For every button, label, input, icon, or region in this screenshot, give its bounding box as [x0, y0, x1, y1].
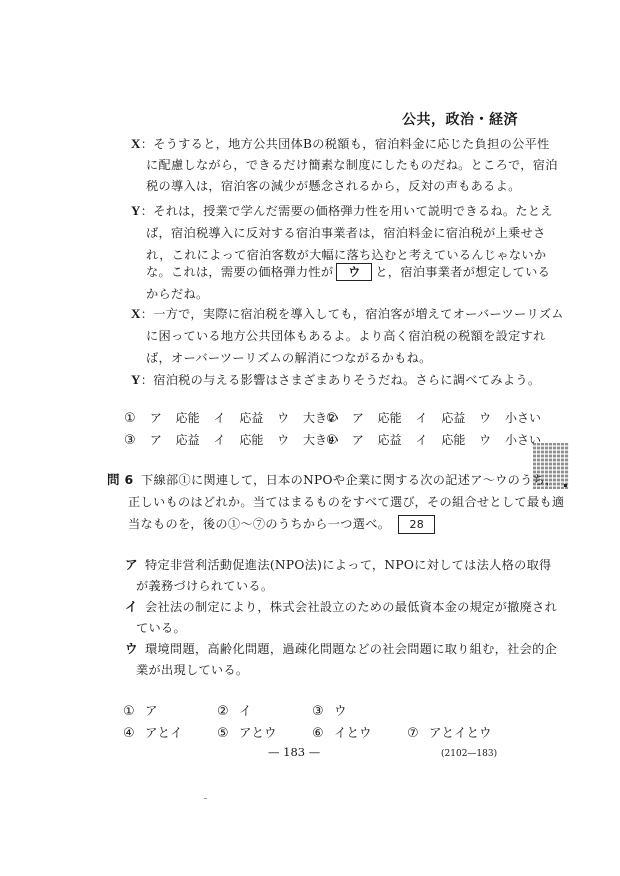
- dialogue-line: 一方で，実際に宿泊税を導入しても，宿泊客が増えてオーバーツーリズム: [153, 307, 564, 321]
- side-index-dot: [564, 484, 567, 487]
- value-a: 応能: [176, 409, 210, 426]
- choice-text: ウ: [334, 703, 347, 718]
- option-row: ④ ア 応益 イ 応能 ウ 小さい: [326, 431, 547, 448]
- dialogue-line: な。これは，需要の価格弾力性が: [146, 265, 333, 279]
- label-i: イ: [415, 431, 437, 448]
- option-row: ① ア 応能 イ 応益 ウ 大きい: [124, 409, 345, 426]
- speaker-colon: ：: [141, 373, 154, 387]
- value-a: 応益: [378, 431, 412, 448]
- exam-code: (2102—183): [441, 749, 497, 759]
- statement-marker: イ: [125, 599, 145, 615]
- dialogue-line: に配慮しながら，できるだけ簡素な制度にしたものだね。ところで，宿泊: [146, 157, 558, 173]
- label-i: イ: [213, 431, 235, 448]
- choice-number: ④: [123, 726, 145, 741]
- dialogue-line: れ，これによって宿泊客数が大幅に落ち込むと考えているんじゃないか: [146, 247, 546, 263]
- label-a: ア: [352, 409, 374, 426]
- scan-speck: [204, 798, 207, 799]
- choice-text: アとイとウ: [429, 725, 492, 740]
- question-line: 下線部①に関連して，日本のNPOや企業に関する次の記述ア～ウのうち，: [141, 473, 558, 487]
- question-line: 当なものを，後の①～⑦のうちから一つ選べ。: [128, 517, 390, 531]
- dialogue-line: と，宿泊事業者が想定している: [375, 265, 550, 279]
- label-a: ア: [150, 431, 172, 448]
- value-u: 小さい: [505, 409, 547, 426]
- label-u: ウ: [479, 409, 501, 426]
- choice-number: ⑥: [312, 726, 334, 741]
- dialogue-line: そうすると，地方公共団体Bの税額も，宿泊料金に応じた負担の公平性: [153, 137, 549, 151]
- option-number: ②: [326, 411, 348, 426]
- speaker-colon: ：: [141, 137, 154, 151]
- option-row: ② ア 応能 イ 応益 ウ 小さい: [326, 409, 547, 426]
- choice-text: イ: [239, 703, 252, 718]
- label-i: イ: [415, 409, 437, 426]
- statement-line: 環境問題，高齢化問題，過疎化問題などの社会問題に取り組む，社会的企: [145, 642, 557, 656]
- dialogue-line: それは，授業で学んだ需要の価格弾力性を用いて説明できるね。たとえ: [153, 204, 553, 218]
- label-u: ウ: [479, 431, 501, 448]
- option-number: ③: [124, 433, 146, 448]
- choice-4[interactable]: ④アとイ: [123, 723, 183, 741]
- value-a: 応益: [176, 431, 210, 448]
- value-i: 応能: [239, 431, 273, 448]
- section-title: 公共，政治・経済: [402, 109, 518, 129]
- choice-number: ③: [312, 704, 334, 719]
- speaker-colon: ：: [141, 204, 154, 218]
- speaker-label: Y: [131, 372, 141, 387]
- choice-1[interactable]: ①ア: [123, 701, 158, 719]
- speaker-label: Y: [131, 203, 141, 218]
- value-i: 応益: [441, 409, 475, 426]
- answer-box: 28: [398, 515, 435, 534]
- choice-number: ⑦: [407, 726, 429, 741]
- label-u: ウ: [277, 409, 299, 426]
- choice-2[interactable]: ②イ: [217, 701, 252, 719]
- choice-5[interactable]: ⑤アとウ: [217, 723, 277, 741]
- dialogue-line: からだね。: [146, 286, 208, 302]
- speaker-label: X: [131, 136, 141, 151]
- label-a: ア: [352, 431, 374, 448]
- label-u: ウ: [277, 431, 299, 448]
- choice-text: ア: [145, 703, 158, 718]
- statement-line: 会社法の制定により，株式会社設立のための最低資本金の規定が撤廃され: [145, 600, 557, 614]
- value-i: 応益: [239, 409, 273, 426]
- dialogue-line: 宿泊税の与える影響はさまざまありそうだね。さらに調べてみよう。: [153, 373, 540, 387]
- page-number: — 183 —: [268, 745, 320, 759]
- statement-marker: ア: [125, 557, 145, 573]
- blank-box-u: ウ: [336, 263, 372, 281]
- choice-number: ⑤: [217, 726, 239, 741]
- speaker-label: X: [131, 306, 141, 321]
- choice-6[interactable]: ⑥イとウ: [312, 723, 372, 741]
- dialogue-line: 税の導入は，宿泊客の減少が懸念されるから，反対の声もあるよ。: [146, 178, 521, 194]
- statement-marker: ウ: [125, 641, 145, 657]
- choice-text: イとウ: [334, 725, 372, 740]
- choice-number: ②: [217, 704, 239, 719]
- value-i: 応能: [441, 431, 475, 448]
- option-number: ①: [124, 411, 146, 426]
- label-a: ア: [150, 409, 172, 426]
- label-i: イ: [213, 409, 235, 426]
- dialogue-line: に困っている地方公共団体もあるよ。より高く宿泊税の税額を設定すれ: [146, 328, 546, 344]
- dialogue-line: ば，オーバーツーリズムの解消につながるかもね。: [146, 350, 432, 366]
- choice-3[interactable]: ③ウ: [312, 701, 347, 719]
- question-label: 問 6: [107, 472, 141, 488]
- choice-7[interactable]: ⑦アとイとウ: [407, 723, 492, 741]
- option-number: ④: [326, 433, 348, 448]
- statement-line: 特定非営利活動促進法(NPO法)によって，NPOに対しては法人格の取得: [145, 558, 552, 572]
- speaker-colon: ：: [141, 307, 154, 321]
- value-a: 応能: [378, 409, 412, 426]
- choice-text: アとイ: [145, 725, 183, 740]
- choice-text: アとウ: [239, 725, 277, 740]
- statement-line: 業が出現している。: [136, 662, 248, 678]
- question-line: 正しいものはどれか。当てはまるものをすべて選び，その組合せとして最も適: [128, 494, 564, 510]
- statement-line: ている。: [136, 620, 186, 636]
- choice-number: ①: [123, 704, 145, 719]
- statement-line: が義務づけられている。: [136, 578, 273, 594]
- dialogue-line: ば，宿泊税導入に反対する宿泊事業者は，宿泊料金に宿泊税が上乗せさ: [146, 225, 546, 241]
- option-row: ③ ア 応益 イ 応能 ウ 大きい: [124, 431, 345, 448]
